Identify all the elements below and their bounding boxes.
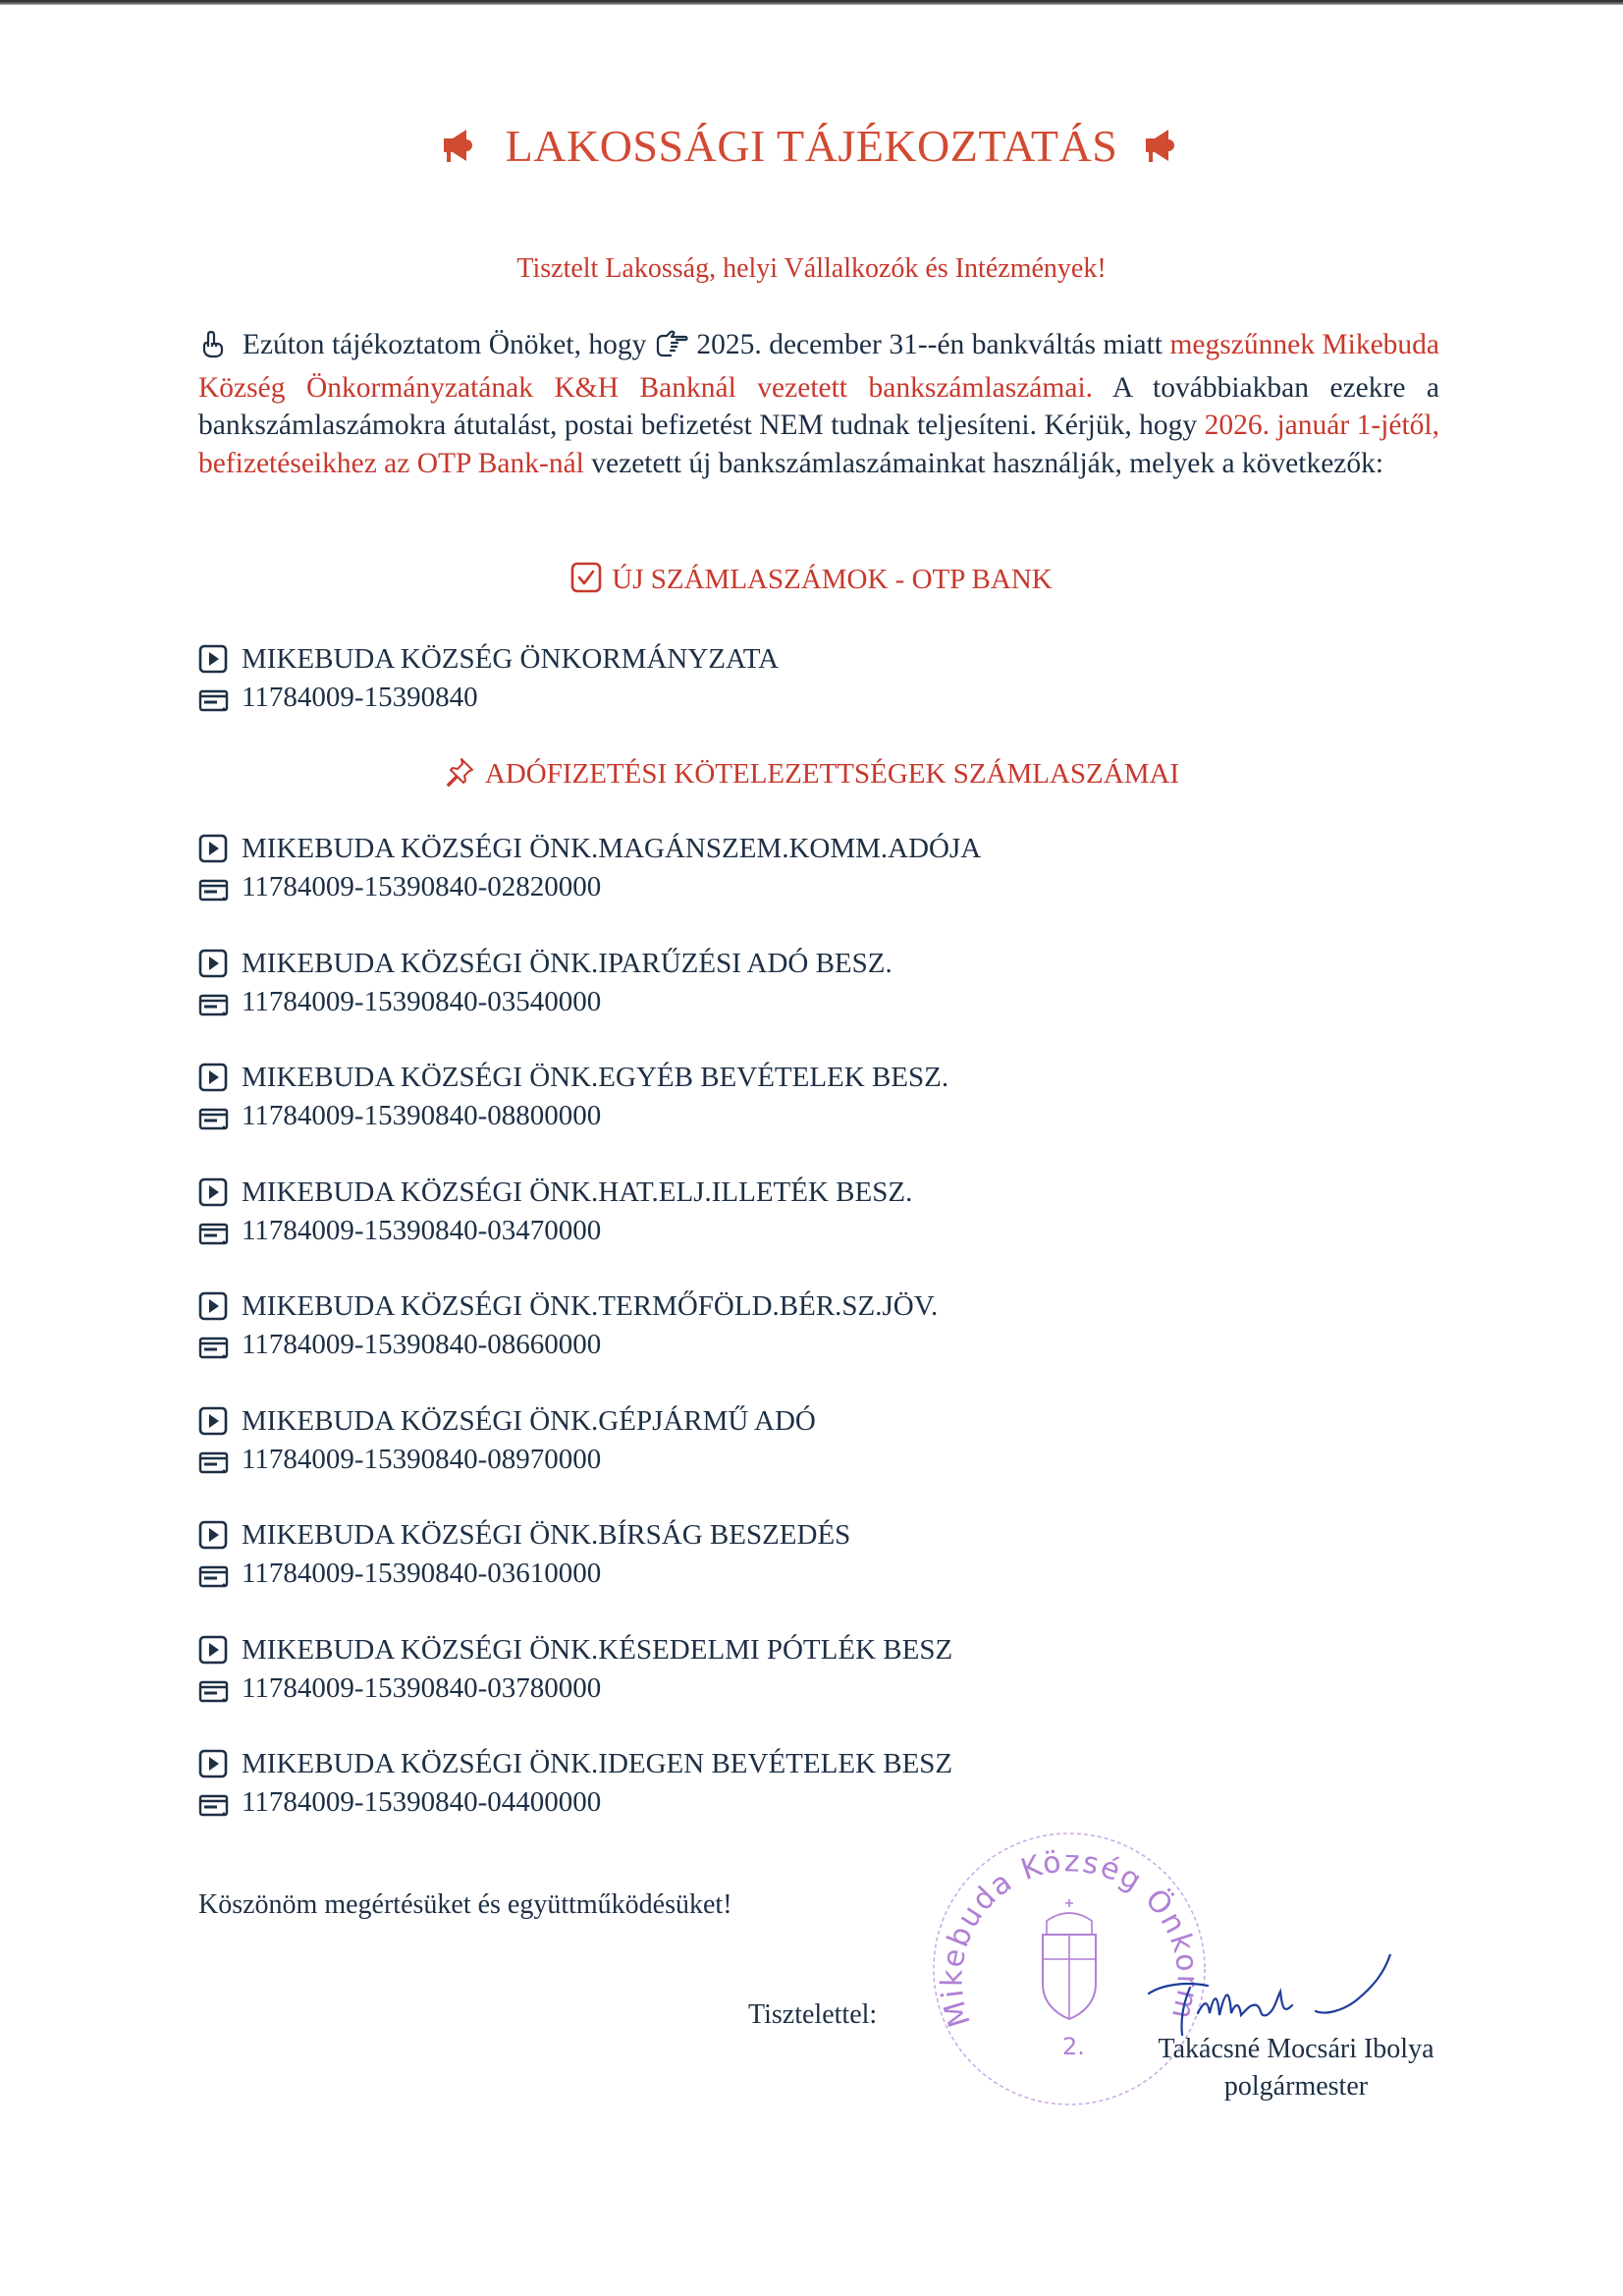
account-number: 11784009-15390840 <box>242 682 478 713</box>
credit-card-icon <box>198 1789 234 1828</box>
account-name: MIKEBUDA KÖZSÉGI ÖNK.IDEGEN BEVÉTELEK BE… <box>242 1748 952 1779</box>
account-name: MIKEBUDA KÖZSÉGI ÖNK.IPARŰZÉSI ADÓ BESZ. <box>242 948 893 979</box>
signer-block: Takácsné Mocsári Ibolya polgármester <box>1109 2031 1483 2105</box>
account-number: 11784009-15390840-03470000 <box>242 1215 601 1246</box>
credit-card-icon <box>198 874 234 912</box>
account-entry: MIKEBUDA KÖZSÉGI ÖNK.IPARŰZÉSI ADÓ BESZ.… <box>198 945 893 1021</box>
account-name: MIKEBUDA KÖZSÉGI ÖNK.GÉPJÁRMŰ ADÓ <box>242 1405 816 1437</box>
account-entry: MIKEBUDA KÖZSÉGI ÖNK.MAGÁNSZEM.KOMM.ADÓJ… <box>198 830 981 906</box>
account-entry: MIKEBUDA KÖZSÉGI ÖNK.KÉSEDELMI PÓTLÉK BE… <box>198 1631 952 1708</box>
hand-pointing-up-icon <box>198 329 228 369</box>
account-number: 11784009-15390840-03780000 <box>242 1672 601 1704</box>
account-entry: MIKEBUDA KÖZSÉGI ÖNK.EGYÉB BEVÉTELEK BES… <box>198 1059 948 1135</box>
signer-name: Takácsné Mocsári Ibolya <box>1109 2031 1483 2068</box>
account-name: MIKEBUDA KÖZSÉGI ÖNK.MAGÁNSZEM.KOMM.ADÓJ… <box>242 833 981 864</box>
account-name: MIKEBUDA KÖZSÉGI ÖNK.KÉSEDELMI PÓTLÉK BE… <box>242 1634 952 1666</box>
section-heading-new-accounts: ÚJ SZÁMLASZÁMOK - OTP BANK <box>0 562 1623 601</box>
account-name: MIKEBUDA KÖZSÉGI ÖNK.HAT.ELJ.ILLETÉK BES… <box>242 1176 912 1208</box>
greeting: Tisztelt Lakosság, helyi Vállalkozók és … <box>0 253 1623 285</box>
svg-text:2.: 2. <box>1062 2033 1085 2060</box>
account-number: 11784009-15390840-02820000 <box>242 871 601 902</box>
signature <box>1129 1954 1453 2043</box>
account-entry: MIKEBUDA KÖZSÉGI ÖNK.BÍRSÁG BESZEDÉS1178… <box>198 1516 850 1593</box>
scan-edge <box>0 0 1623 5</box>
closing-text: Köszönöm megértésüket és együttműködésük… <box>198 1889 732 1921</box>
signer-role: polgármester <box>1109 2068 1483 2105</box>
regards-text: Tisztelettel: <box>748 1999 877 2031</box>
credit-card-icon <box>198 1218 234 1256</box>
credit-card-icon <box>198 1675 234 1714</box>
hand-pointing-right-icon <box>654 329 689 369</box>
account-number: 11784009-15390840-03540000 <box>242 986 601 1017</box>
credit-card-icon <box>198 1103 234 1141</box>
account-number: 11784009-15390840-08970000 <box>242 1444 601 1475</box>
account-name: MIKEBUDA KÖZSÉGI ÖNK.TERMŐFÖLD.BÉR.SZ.JÖ… <box>242 1290 938 1322</box>
page-title: LAKOSSÁGI TÁJÉKOZTATÁS <box>0 120 1623 176</box>
account-name: MIKEBUDA KÖZSÉGI ÖNK.BÍRSÁG BESZEDÉS <box>242 1519 850 1551</box>
megaphone-icon <box>1143 124 1182 176</box>
account-number: 11784009-15390840-03610000 <box>242 1558 601 1589</box>
account-number: 11784009-15390840-04400000 <box>242 1786 601 1818</box>
credit-card-icon <box>198 1332 234 1370</box>
account-name: MIKEBUDA KÖZSÉGI ÖNK.EGYÉB BEVÉTELEK BES… <box>242 1062 948 1093</box>
account-entry: MIKEBUDA KÖZSÉGI ÖNK.TERMŐFÖLD.BÉR.SZ.JÖ… <box>198 1287 938 1364</box>
account-entry: MIKEBUDA KÖZSÉGI ÖNK.IDEGEN BEVÉTELEK BE… <box>198 1745 952 1822</box>
account-entry: MIKEBUDA KÖZSÉGI ÖNK.GÉPJÁRMŰ ADÓ1178400… <box>198 1402 816 1479</box>
account-number: 11784009-15390840-08660000 <box>242 1329 601 1360</box>
account-number: 11784009-15390840-08800000 <box>242 1100 601 1131</box>
checkbox-checked-icon <box>570 562 602 601</box>
megaphone-icon <box>441 124 480 176</box>
credit-card-icon <box>198 1560 234 1599</box>
credit-card-icon <box>198 1447 234 1485</box>
section-heading-tax-accounts: ADÓFIZETÉSI KÖTELEZETTSÉGEK SZÁMLASZÁMAI <box>0 756 1623 795</box>
credit-card-icon <box>198 989 234 1027</box>
account-entry: MIKEBUDA KÖZSÉG ÖNKORMÁNYZATA11784009-15… <box>198 640 779 717</box>
credit-card-icon <box>198 684 234 723</box>
intro-paragraph: Ezúton tájékoztatom Önöket, hogy 2025. d… <box>198 326 1439 482</box>
pushpin-icon <box>444 756 475 795</box>
account-name: MIKEBUDA KÖZSÉG ÖNKORMÁNYZATA <box>242 643 779 675</box>
account-entry: MIKEBUDA KÖZSÉGI ÖNK.HAT.ELJ.ILLETÉK BES… <box>198 1174 912 1250</box>
